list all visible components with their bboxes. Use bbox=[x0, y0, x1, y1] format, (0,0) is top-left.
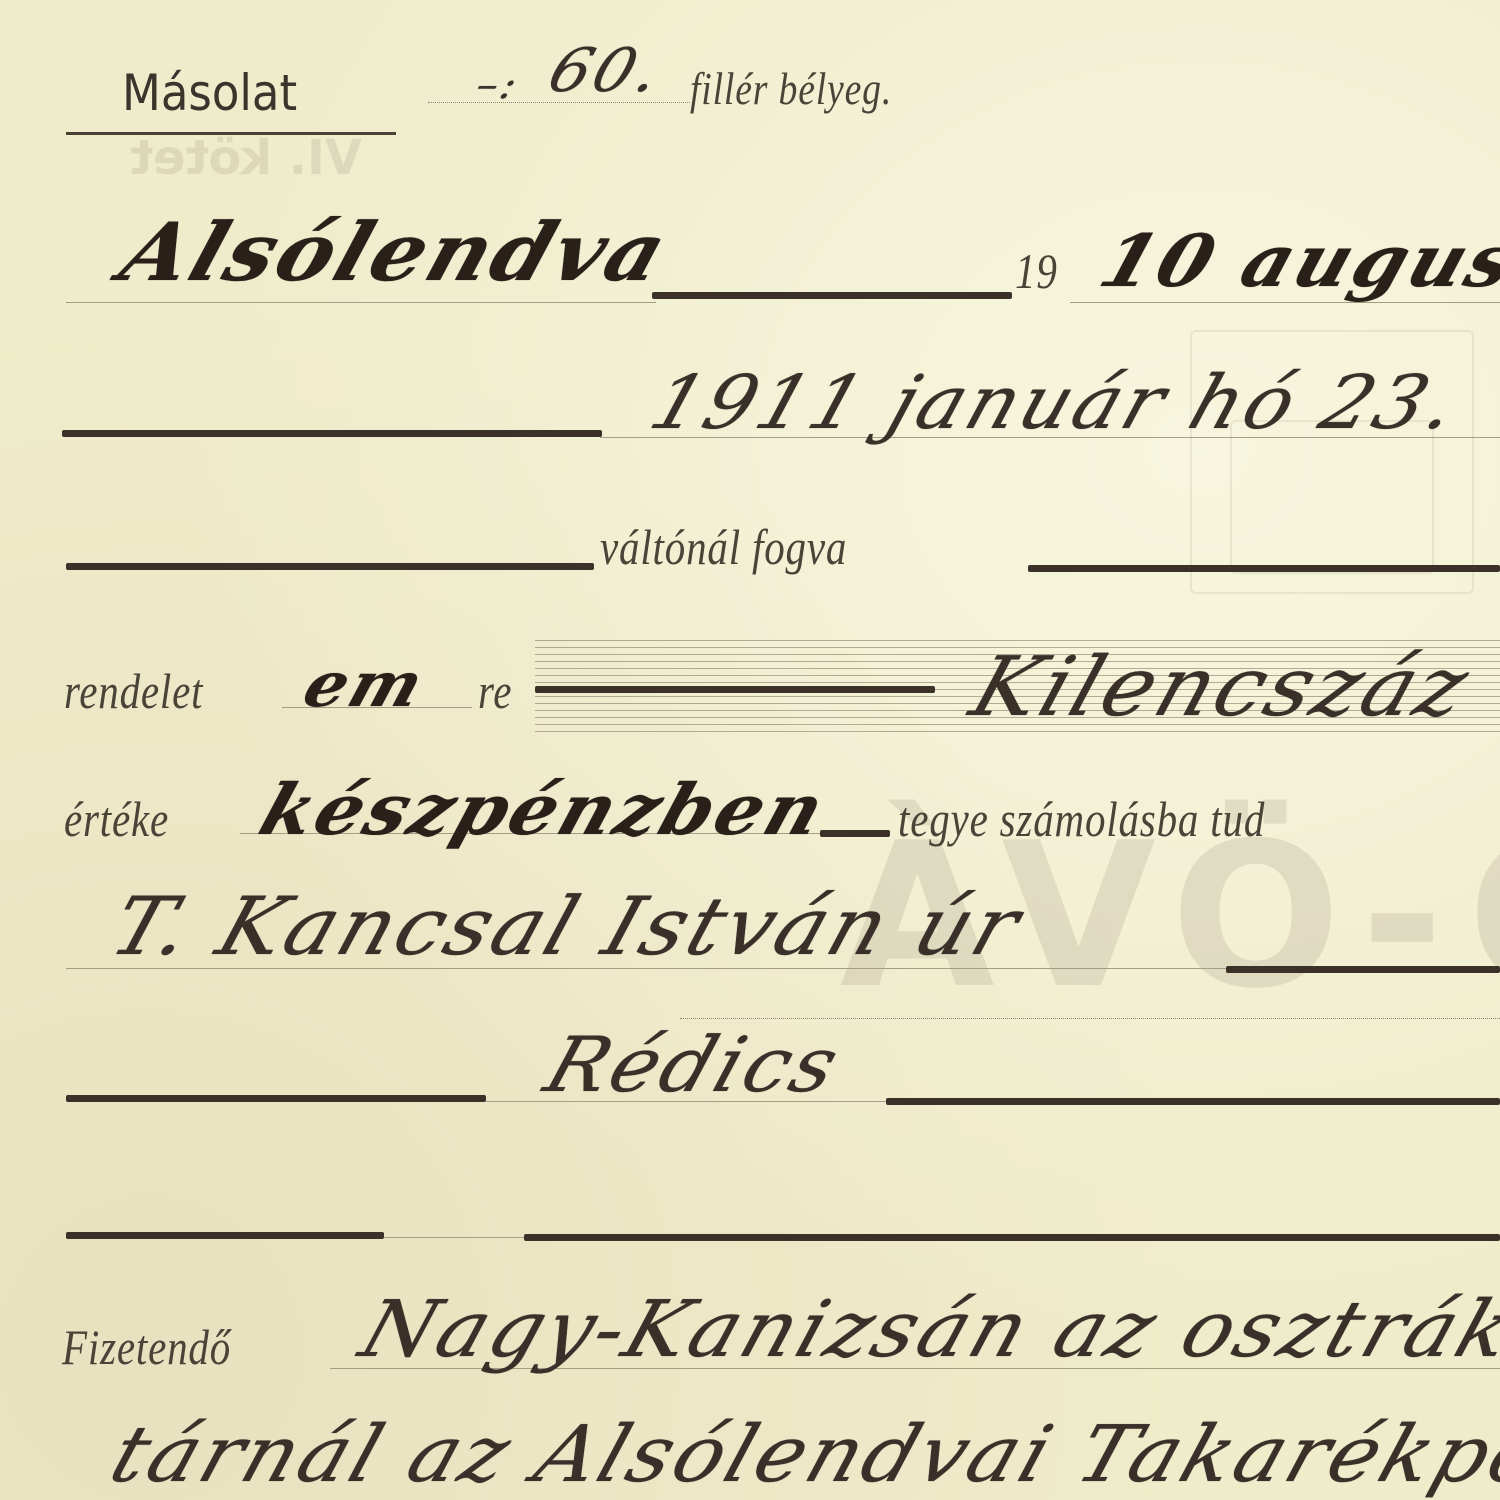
bill-right-filler-line bbox=[1028, 565, 1500, 572]
date-handwritten: 10 augusz bbox=[1090, 218, 1500, 303]
due-date-filler-line bbox=[62, 430, 602, 437]
order-label: rendelet bbox=[64, 662, 203, 720]
due-date-handwritten: 1911 január hó 23. bbox=[640, 360, 1471, 446]
payee-place-left-filler bbox=[66, 1095, 486, 1102]
value-label: értéke bbox=[64, 790, 169, 848]
bleed-through-volume-label: VI. kötet bbox=[130, 130, 362, 186]
value-handwritten: készpénzben bbox=[250, 768, 837, 851]
place-filler-line bbox=[652, 292, 1012, 299]
payee-filler-line bbox=[1226, 966, 1500, 973]
bill-left-filler-line bbox=[66, 563, 594, 570]
blank-right-filler bbox=[524, 1234, 1500, 1241]
payable-label: Fizetendő bbox=[62, 1318, 231, 1376]
place-field-line bbox=[66, 302, 656, 303]
account-label: tegye számolásba tud bbox=[898, 790, 1265, 848]
amount-filler-line bbox=[535, 686, 935, 693]
stamp-amount: 60. bbox=[540, 36, 672, 106]
payee-place-right-filler bbox=[886, 1098, 1500, 1105]
payee-place-handwritten: Rédics bbox=[535, 1020, 852, 1109]
order-suffix: re bbox=[478, 662, 512, 720]
amount-words-handwritten: Kilencszáz bbox=[960, 640, 1483, 735]
order-handwritten: em bbox=[295, 648, 435, 721]
bill-label: váltónál fogva bbox=[600, 518, 847, 576]
copy-label: Másolat bbox=[122, 64, 297, 122]
place-handwritten: Alsólendva bbox=[110, 205, 681, 299]
payable-place-handwritten: Nagy-Kanizsán az osztrák bbox=[350, 1285, 1500, 1375]
value-filler-line bbox=[820, 830, 890, 837]
payable-bank-handwritten: tárnál az Alsólendvai Takarékpénz bbox=[100, 1410, 1500, 1500]
copy-label-underline bbox=[66, 132, 396, 135]
stamp-label: fillér bélyeg. bbox=[690, 62, 892, 115]
payee-handwritten: T. Kancsal István úr bbox=[100, 880, 1034, 973]
blank-field-line bbox=[384, 1237, 524, 1238]
blank-left-filler bbox=[66, 1232, 384, 1239]
year-printed: 19 bbox=[1015, 242, 1058, 300]
